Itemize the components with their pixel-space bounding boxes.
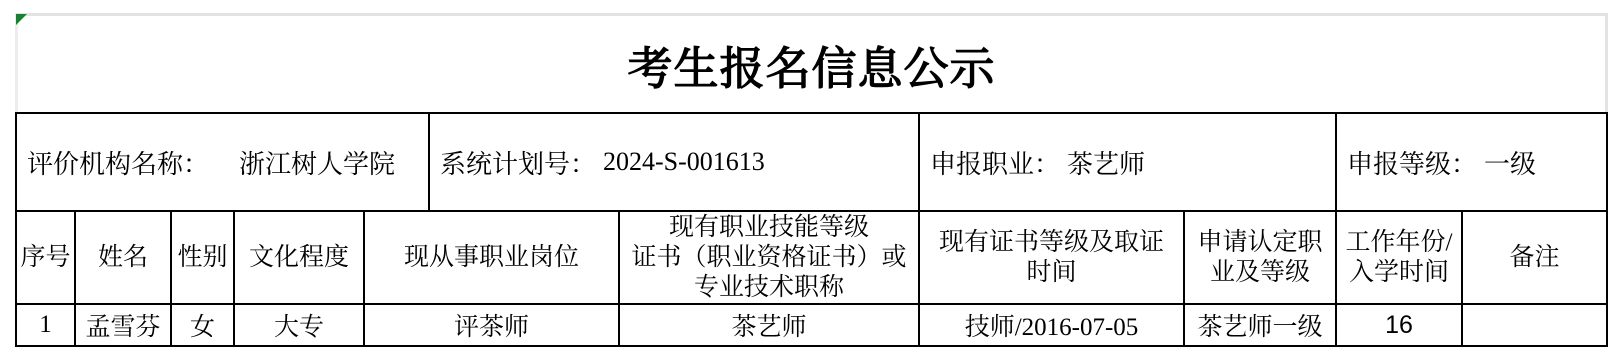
info-row: 评价机构名称： 浙江树人学院 系统计划号： 2024-S-001613 申报职业…: [17, 114, 1606, 212]
cell-education[interactable]: 大专: [235, 305, 365, 345]
green-corner-triangle-icon: [16, 14, 27, 25]
header-row: 序号 姓名 性别 文化程度 现从事职业岗位 现有职业技能等级 证书（职业资格证书…: [17, 212, 1606, 305]
header-certificate-level-date[interactable]: 现有证书等级及取证 时间: [920, 212, 1185, 303]
info-org-label: 评价机构名称：: [27, 144, 209, 181]
registration-table: 评价机构名称： 浙江树人学院 系统计划号： 2024-S-001613 申报职业…: [15, 112, 1608, 347]
cell-current-job[interactable]: 评茶师: [365, 305, 620, 345]
info-org-value: 浙江树人学院: [239, 144, 395, 181]
header-name[interactable]: 姓名: [76, 212, 172, 303]
header-seq[interactable]: 序号: [17, 212, 76, 303]
cell-certificate-level-date[interactable]: 技师/2016-07-05: [920, 305, 1185, 345]
table-row: 1 孟雪芬 女 大专 评茶师 茶艺师 技师/2016-07-05 茶艺师一级 1…: [17, 305, 1606, 345]
header-remarks[interactable]: 备注: [1463, 212, 1606, 303]
header-education[interactable]: 文化程度: [235, 212, 365, 303]
header-current-job[interactable]: 现从事职业岗位: [365, 212, 620, 303]
info-level-value: 一级: [1484, 144, 1536, 181]
header-gender[interactable]: 性别: [172, 212, 235, 303]
info-occupation-label: 申报职业：: [930, 144, 1060, 181]
cell-seq[interactable]: 1: [17, 305, 76, 345]
cell-work-years[interactable]: 16: [1337, 305, 1463, 345]
cell-existing-certificate[interactable]: 茶艺师: [620, 305, 920, 345]
header-existing-certificate[interactable]: 现有职业技能等级 证书（职业资格证书）或 专业技术职称: [620, 212, 920, 303]
cell-remarks[interactable]: [1463, 305, 1606, 345]
cell-name[interactable]: 孟雪芬: [76, 305, 172, 345]
info-cell-occupation[interactable]: 申报职业： 茶艺师: [920, 114, 1337, 210]
info-cell-plan[interactable]: 系统计划号： 2024-S-001613: [430, 114, 920, 210]
info-plan-label: 系统计划号：: [440, 144, 596, 181]
cell-gender[interactable]: 女: [172, 305, 235, 345]
title-cell[interactable]: 考生报名信息公示: [15, 13, 1608, 112]
page-title: 考生报名信息公示: [627, 32, 995, 97]
info-level-label: 申报等级：: [1347, 144, 1477, 181]
info-occupation-value: 茶艺师: [1067, 144, 1145, 181]
info-cell-level[interactable]: 申报等级： 一级: [1337, 114, 1606, 210]
header-applied-occupation-level[interactable]: 申请认定职 业及等级: [1185, 212, 1337, 303]
info-plan-value: 2024-S-001613: [603, 147, 765, 177]
spreadsheet-page: { "title": "考生报名信息公示", "info": { "org": …: [0, 0, 1624, 362]
info-cell-org[interactable]: 评价机构名称： 浙江树人学院: [17, 114, 430, 210]
cell-applied-occupation-level[interactable]: 茶艺师一级: [1185, 305, 1337, 345]
header-work-years[interactable]: 工作年份/ 入学时间: [1337, 212, 1463, 303]
